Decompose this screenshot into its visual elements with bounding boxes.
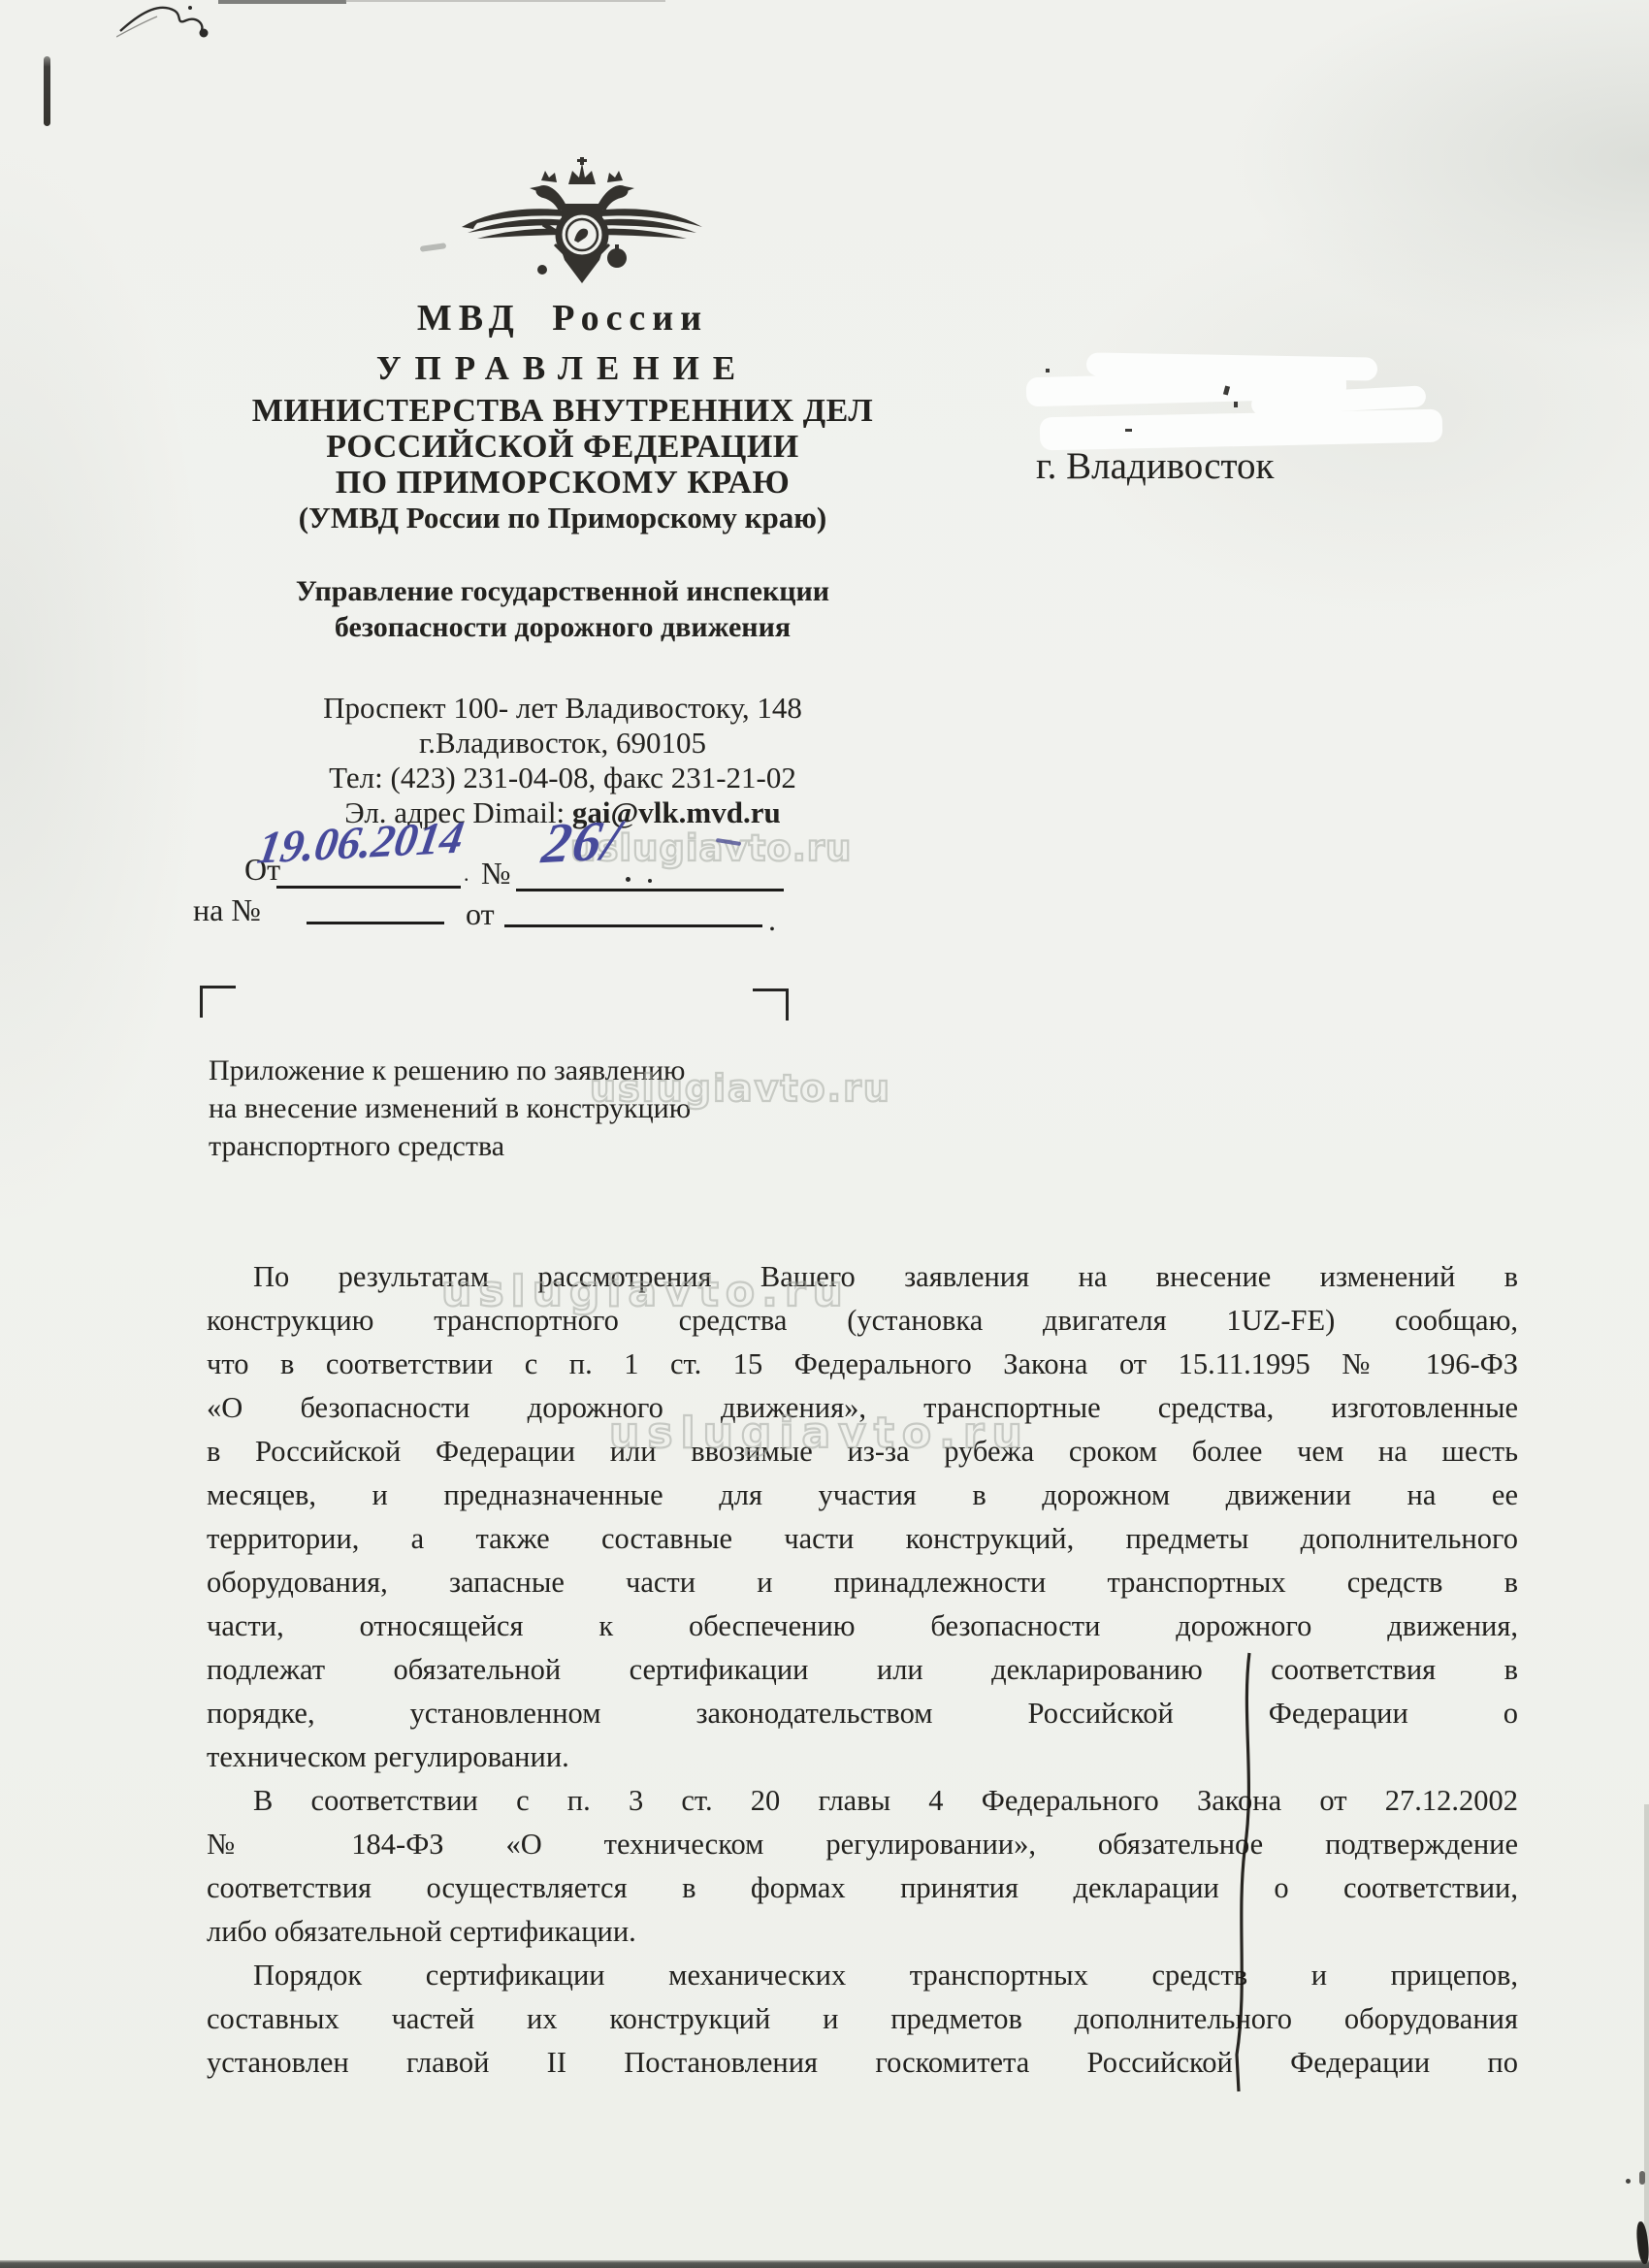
body-line: В соответствии с п. 3 ст. 20 главы 4 Фед… [207,1779,1518,1823]
org-name-mvd: МВД России [175,297,951,340]
right-edge-speck2 [1639,2171,1645,2185]
scan-top-edge-mark-faint [345,0,665,2]
pen-stroke-mark [1211,1647,1269,2098]
body-line: оборудования, запасные части и принадлеж… [207,1561,1518,1604]
handwritten-number: 26/ [538,807,627,877]
body-line: подлежат обязательной сертификации или д… [207,1648,1518,1692]
watermark: uslugiavto.ru [590,1067,891,1110]
corner-bracket-left [200,986,236,1018]
recipient-city: г. Владивосток [1036,444,1275,488]
scan-bottom-edge [0,2260,1649,2268]
from2-underline [504,924,762,927]
org-name-ministry: МИНИСТЕРСТВА ВНУТРЕННИХ ДЕЛ [175,393,951,430]
right-edge-speck [1626,2179,1631,2184]
on-number-label: на № [193,892,261,928]
ink-dot2 [648,879,652,883]
letter-body: По результатам рассмотрения Вашего заявл… [207,1255,1518,2085]
body-line: установлен главой II Постановления госко… [207,2041,1518,2085]
department-line1: Управление государственной инспекции [175,575,951,608]
handwritten-date: 19.06.2014 [254,811,468,875]
address-phone: Тел: (423) 231-04-08, факс 231-21-02 [175,761,951,795]
body-line: техническом регулировании. [207,1735,1518,1779]
ink-speck2 [1234,402,1238,407]
on-number-underline [307,922,444,924]
whiteout-stroke3 [1040,409,1443,451]
body-line: что в соответствии с п. 1 ст. 15 Федерал… [207,1343,1518,1386]
subject-line: транспортного средства [209,1127,829,1165]
ink-dot [626,877,630,882]
body-line: месяцев, и предназначенные для участия в… [207,1474,1518,1517]
scan-right-edge [1644,1804,1649,2260]
address-city: г.Владивосток, 690105 [175,726,951,761]
ink-speck3 [1125,429,1132,432]
department-line2: безопасности дорожного движения [175,611,951,644]
top-left-scribble [116,0,242,41]
watermark: uslugiavto.ru [609,1409,1030,1458]
number-label: № [481,856,511,891]
grey-smudge [420,243,447,252]
body-line: Порядок сертификации механических трансп… [207,1954,1518,1997]
org-name-federation: РОССИЙСКОЙ ФЕДЕРАЦИИ [175,429,951,466]
body-line: либо обязательной сертификации. [207,1910,1518,1954]
body-line: По результатам рассмотрения Вашего заявл… [207,1255,1518,1299]
period-mark2: . [768,902,776,938]
date-underline [276,886,461,889]
org-name-upravlenie: УПРАВЛЕНИЕ [175,349,951,388]
body-line: конструкцию транспортного средства (уста… [207,1299,1518,1343]
body-line: составных частей их конструкций и предме… [207,1997,1518,2041]
mvd-eagle-emblem [446,155,718,291]
from2-label: от [466,896,495,932]
org-name-region: ПО ПРИМОРСКОМУ КРАЮ [175,465,951,502]
scanned-letter-page: МВД России УПРАВЛЕНИЕ МИНИСТЕРСТВА ВНУТР… [0,0,1649,2268]
org-name-abbrev: (УМВД России по Приморскому краю) [175,501,951,535]
body-line: порядке, установленном законодательством… [207,1692,1518,1735]
body-line: № 184-ФЗ «О техническом регулировании», … [207,1823,1518,1866]
body-line: соответствия осуществляется в формах при… [207,1866,1518,1910]
period-mark: . [464,861,469,887]
number-underline [516,889,784,891]
left-margin-pen-mark [44,56,50,126]
corner-bracket-right [753,988,789,1021]
watermark: uslugiavto.ru [441,1267,850,1316]
address-street: Проспект 100- лет Владивостоку, 148 [175,691,951,726]
body-line: территории, а также составные части конс… [207,1517,1518,1561]
body-line: части, относящейся к обеспечению безопас… [207,1604,1518,1648]
ink-speck4 [1046,369,1050,373]
